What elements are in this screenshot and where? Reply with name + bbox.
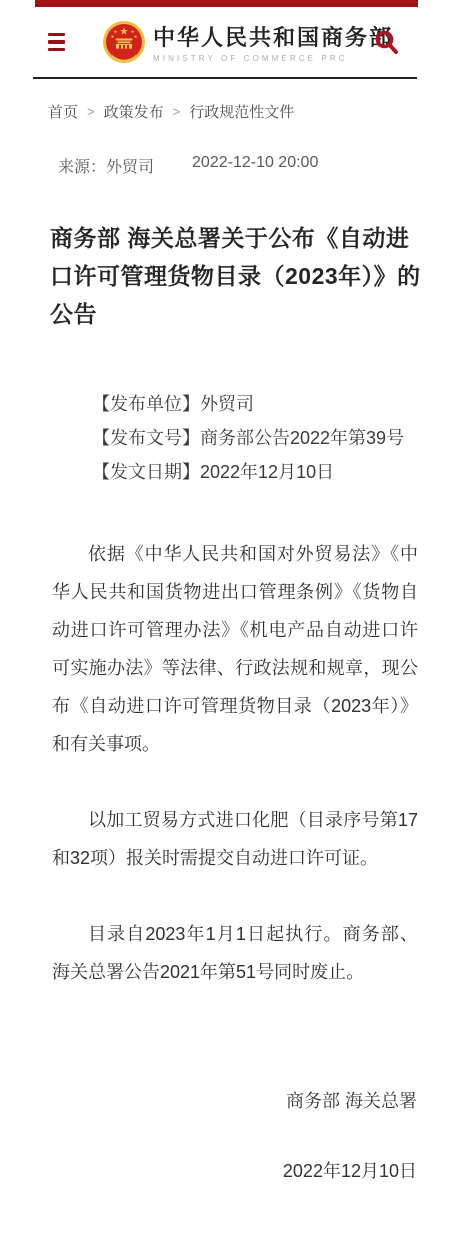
svg-text:★: ★ xyxy=(110,34,114,39)
meta-document-number: 【发布文号】商务部公告2022年第39号 xyxy=(92,421,458,455)
article-body: 依据《中华人民共和国对外贸易法》《中华人民共和国货物进出口管理条例》《货物自动进… xyxy=(0,535,458,991)
search-icon[interactable] xyxy=(374,29,400,55)
svg-text:★: ★ xyxy=(120,27,129,38)
site-brand: 中华人民共和国商务部 MINISTRY OF COMMERCE PRC xyxy=(153,21,374,63)
site-subtitle: MINISTRY OF COMMERCE PRC xyxy=(153,54,374,63)
hamburger-menu-icon[interactable] xyxy=(48,31,66,53)
site-header: ★ ★ ★ ★ ★ 中华人民共和国商务部 MINISTRY OF COMMERC… xyxy=(0,7,458,77)
breadcrumb-policy[interactable]: 政策发布 xyxy=(104,101,164,122)
signature-date: 2022年12月10日 xyxy=(0,1157,417,1183)
meta-publisher: 【发布单位】外贸司 xyxy=(92,387,458,421)
svg-text:★: ★ xyxy=(133,34,137,39)
paragraph-effective-date: 目录自2023年1月1日起执行。商务部、海关总署公告2021年第51号同时废止。 xyxy=(52,915,418,991)
page: ★ ★ ★ ★ ★ 中华人民共和国商务部 MINISTRY OF COMMERC… xyxy=(0,0,458,1238)
signature-block: 商务部 海关总署 2022年12月10日 xyxy=(0,1087,458,1183)
paragraph-basis: 依据《中华人民共和国对外贸易法》《中华人民共和国货物进出口管理条例》《货物自动进… xyxy=(52,535,418,763)
source-row: 来源：外贸司 2022-12-10 20:00 xyxy=(0,154,458,177)
paragraph-fertilizer: 以加工贸易方式进口化肥（目录序号第17和32项）报关时需提交自动进口许可证。 xyxy=(52,801,418,877)
breadcrumb-separator-icon: > xyxy=(87,104,95,119)
site-title: 中华人民共和国商务部 xyxy=(153,21,374,52)
article: 商务部 海关总署关于公布《自动进口许可管理货物目录（2023年）》的公告 【发布… xyxy=(0,219,458,1183)
signature-organizations: 商务部 海关总署 xyxy=(0,1087,417,1113)
national-emblem-icon[interactable]: ★ ★ ★ ★ ★ xyxy=(103,21,145,63)
meta-issue-date: 【发文日期】2022年12月10日 xyxy=(92,455,458,489)
breadcrumb-separator-icon: > xyxy=(173,104,181,119)
article-source: 来源：外贸司 xyxy=(58,154,154,177)
publish-datetime: 2022-12-10 20:00 xyxy=(192,154,318,177)
article-title: 商务部 海关总署关于公布《自动进口许可管理货物目录（2023年）》的公告 xyxy=(0,219,458,333)
article-meta: 【发布单位】外贸司 【发布文号】商务部公告2022年第39号 【发文日期】202… xyxy=(0,387,458,489)
breadcrumb: 首页 > 政策发布 > 行政规范性文件 xyxy=(0,79,458,122)
breadcrumb-current[interactable]: 行政规范性文件 xyxy=(189,101,294,122)
top-red-bar xyxy=(35,0,418,7)
breadcrumb-home[interactable]: 首页 xyxy=(48,101,78,122)
